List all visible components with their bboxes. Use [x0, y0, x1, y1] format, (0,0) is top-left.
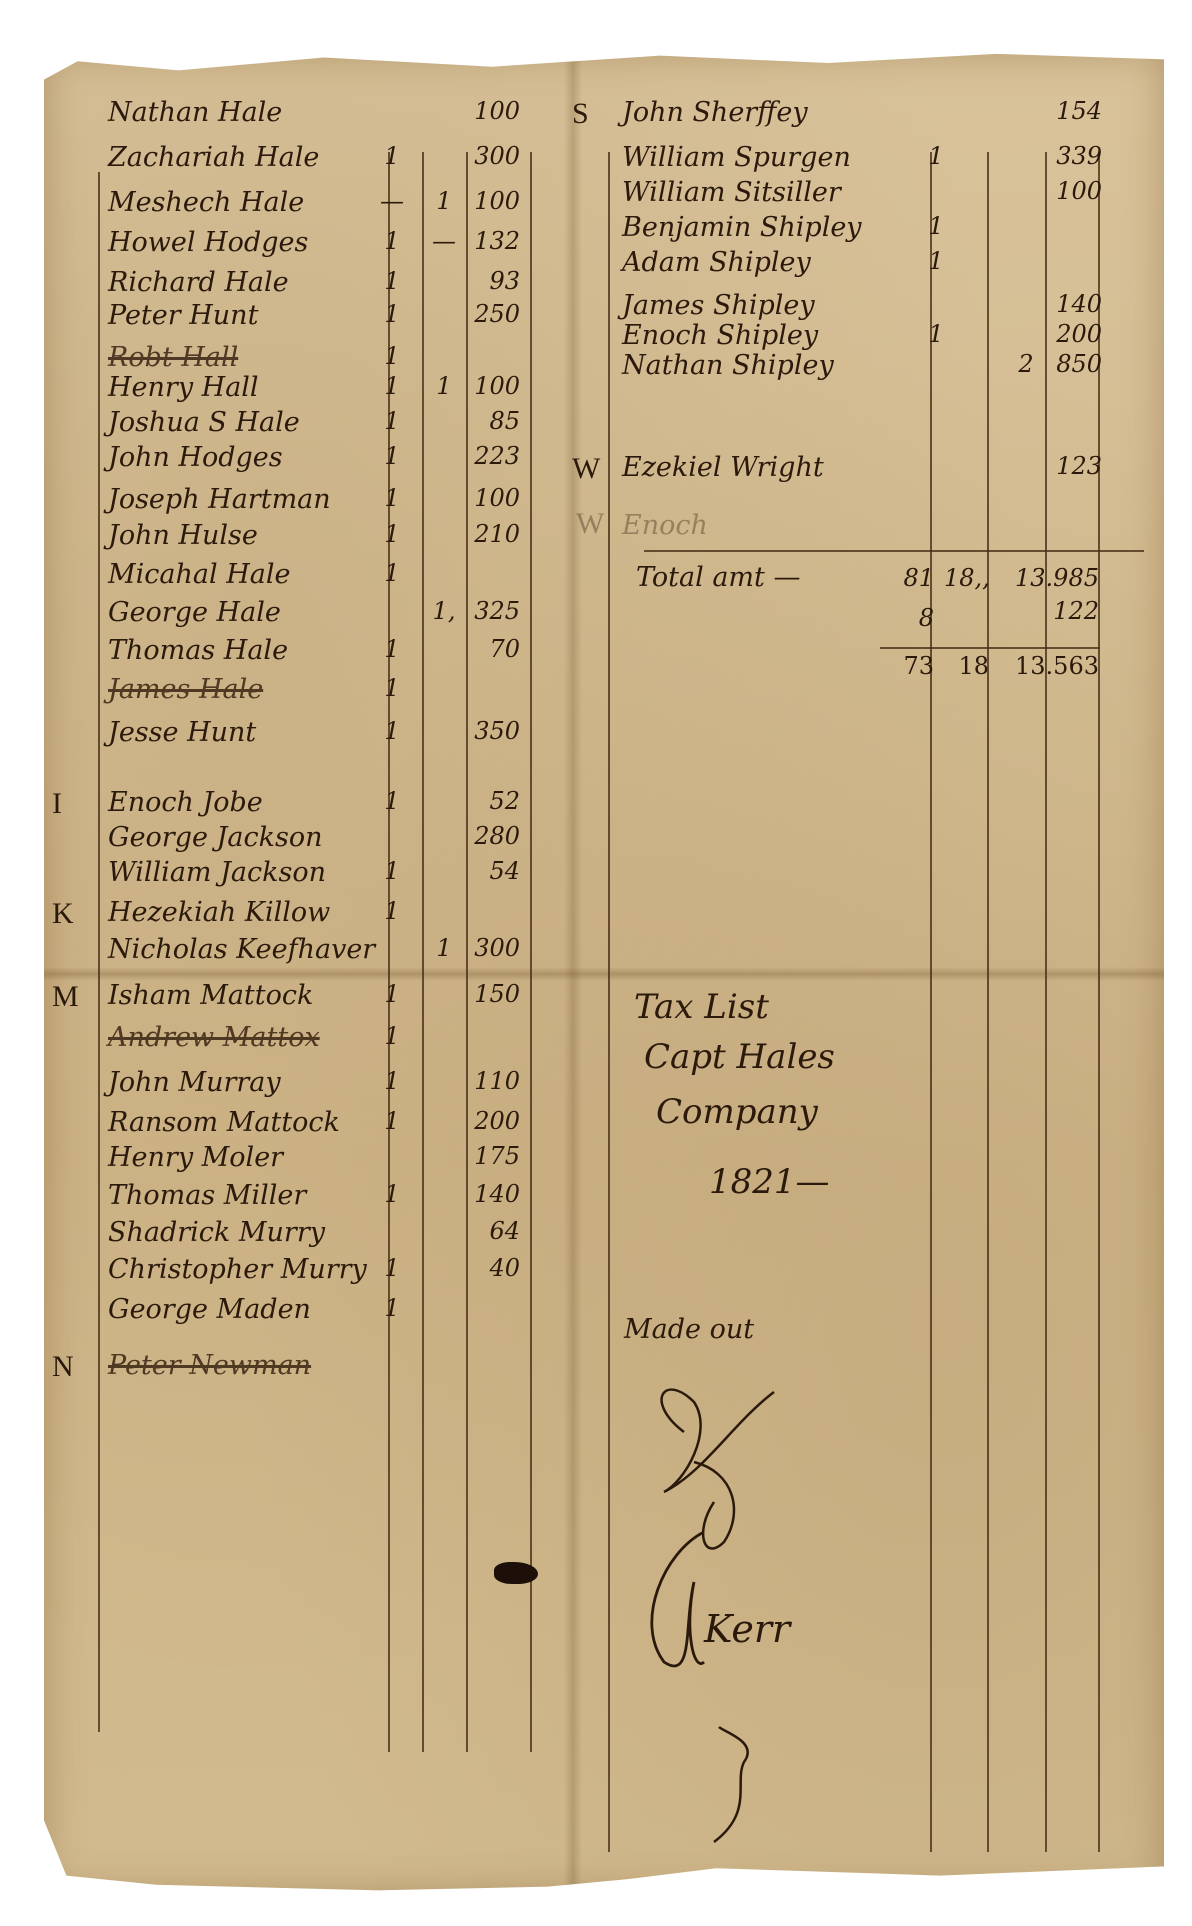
- entry-name: Ransom Mattock: [108, 1107, 340, 1138]
- entry-col1: 1: [380, 484, 404, 512]
- entry-amount: 250: [450, 300, 520, 328]
- entry-name: George Jackson: [108, 822, 322, 853]
- margin-letter: W: [572, 452, 600, 486]
- entry-name: Meshech Hale: [108, 187, 304, 218]
- horizontal-fold: [44, 967, 1164, 981]
- entry-name: Richard Hale: [108, 267, 289, 298]
- entry-name: Joseph Hartman: [108, 484, 331, 515]
- entry-col1: 1: [380, 1180, 404, 1208]
- entry-name: Henry Moler: [108, 1142, 283, 1173]
- entry-col1: 1: [380, 520, 404, 548]
- margin-letter: I: [52, 787, 62, 821]
- entry-name: Henry Hall: [108, 372, 259, 403]
- entry-amount: 100: [450, 187, 520, 215]
- entry-amount: 54: [450, 857, 520, 885]
- entry-col1: 1: [924, 247, 948, 275]
- entry-col1: 1: [380, 635, 404, 663]
- entry-name: Enoch Shipley: [622, 320, 818, 351]
- entry-col1: 1: [380, 1107, 404, 1135]
- entry-name: Nathan Hale: [108, 97, 282, 128]
- entry-name: Nicholas Keefhaver: [108, 934, 375, 965]
- entry-amount: 52: [450, 787, 520, 815]
- entry-name: William Sitsiller: [622, 177, 841, 208]
- entry-name: James Shipley: [622, 290, 815, 321]
- entry-col1: 1: [380, 342, 404, 370]
- entry-amount: 64: [450, 1217, 520, 1245]
- entry-col1: 1: [380, 372, 404, 400]
- faint-margin-letter: W: [576, 507, 604, 541]
- entry-col1: 1: [924, 320, 948, 348]
- entry-amount: 223: [450, 442, 520, 470]
- ledger-sheet: Nathan Hale100Zachariah Hale1300Meshech …: [44, 52, 1164, 1894]
- entry-name: Zachariah Hale: [108, 142, 319, 173]
- entry-name: Isham Mattock: [108, 980, 313, 1011]
- total-col2: 18,,: [944, 564, 989, 592]
- entry-amount: 140: [450, 1180, 520, 1208]
- entry-col1: 1: [380, 1254, 404, 1282]
- result-col1: 73: [890, 652, 934, 680]
- rule-right-col1: [930, 152, 932, 1852]
- entry-amount: 300: [450, 934, 520, 962]
- entry-name: James Hale: [108, 674, 263, 705]
- title-line2: Capt Hales: [644, 1037, 835, 1077]
- entry-col1: 1: [380, 857, 404, 885]
- total-col1: 81: [894, 564, 934, 592]
- entry-name: Nathan Shipley: [622, 350, 834, 381]
- entry-amount: 132: [450, 227, 520, 255]
- entry-amount: 200: [1032, 320, 1102, 348]
- entry-name: Jesse Hunt: [108, 717, 256, 748]
- rule-totals-top: [644, 550, 1144, 552]
- entry-name: Christopher Murry: [108, 1254, 367, 1285]
- entry-name: Peter Hunt: [108, 300, 258, 331]
- rule-right-col2: [987, 152, 989, 1852]
- entry-amount: 140: [1032, 290, 1102, 318]
- entry-amount: 300: [450, 142, 520, 170]
- entry-col1: 1: [380, 1022, 404, 1050]
- entry-amount: 123: [1032, 452, 1102, 480]
- entry-name: Howel Hodges: [108, 227, 308, 258]
- entry-col1: 1: [380, 787, 404, 815]
- entry-amount: 850: [1032, 350, 1102, 378]
- entry-name: George Maden: [108, 1294, 311, 1325]
- entry-col1: 1: [380, 980, 404, 1008]
- entry-col1: 1: [380, 897, 404, 925]
- deduct-col1: 8: [894, 604, 934, 632]
- margin-letter: K: [52, 897, 74, 931]
- entry-name: Thomas Miller: [108, 1180, 306, 1211]
- entry-amount: 150: [450, 980, 520, 1008]
- entry-col1: 1: [380, 442, 404, 470]
- total-col3: 13.985: [999, 564, 1099, 592]
- deduct-col3: 122: [1029, 597, 1099, 625]
- entry-amount: 100: [450, 372, 520, 400]
- entry-name: Adam Shipley: [622, 247, 811, 278]
- entry-amount: 100: [450, 97, 520, 125]
- entry-name: Peter Newman: [108, 1350, 311, 1381]
- entry-amount: 339: [1032, 142, 1102, 170]
- rule-left-margin: [98, 172, 100, 1732]
- entry-col1: 1: [380, 142, 404, 170]
- margin-letter: N: [52, 1350, 74, 1384]
- rule-right-col4: [1098, 152, 1100, 1852]
- entry-col1: —: [380, 187, 404, 215]
- margin-letter: M: [52, 980, 79, 1014]
- entry-col1: 1: [380, 674, 404, 702]
- totals-label: Total amt —: [636, 562, 800, 593]
- entry-amount: 110: [450, 1067, 520, 1095]
- entry-amount: 100: [450, 484, 520, 512]
- entry-amount: 40: [450, 1254, 520, 1282]
- rule-totals-sum: [880, 647, 1100, 649]
- title-year: 1821—: [709, 1162, 830, 1202]
- entry-col1: 1: [380, 559, 404, 587]
- entry-amount: 350: [450, 717, 520, 745]
- entry-amount: 210: [450, 520, 520, 548]
- rule-left-col2: [422, 152, 424, 1752]
- title-line3: Company: [656, 1092, 818, 1132]
- entry-amount: 280: [450, 822, 520, 850]
- entry-amount: 93: [450, 267, 520, 295]
- entry-col1: 1: [380, 717, 404, 745]
- entry-name: John Murray: [108, 1067, 281, 1098]
- entry-name: Robt Hall: [108, 342, 238, 373]
- entry-col1: 1: [924, 212, 948, 240]
- entry-name: Andrew Mattox: [108, 1022, 320, 1053]
- entry-amount: 175: [450, 1142, 520, 1170]
- entry-name: John Hodges: [108, 442, 283, 473]
- entry-name: Shadrick Murry: [108, 1217, 325, 1248]
- entry-name: John Hulse: [108, 520, 258, 551]
- entry-name: John Sherffey: [622, 97, 808, 128]
- entry-amount: 70: [450, 635, 520, 663]
- margin-letter: S: [572, 97, 589, 131]
- signature-name: Kerr: [704, 1607, 790, 1651]
- rule-left-col4: [530, 152, 532, 1752]
- entry-col1: 1: [380, 1067, 404, 1095]
- entry-name: William Jackson: [108, 857, 326, 888]
- rule-right-col3: [1045, 152, 1047, 1852]
- entry-col1: 1: [380, 1294, 404, 1322]
- entry-col1: 1: [380, 300, 404, 328]
- entry-name: Micahal Hale: [108, 559, 290, 590]
- entry-name: Enoch Jobe: [108, 787, 263, 818]
- result-col3: 13.563: [999, 652, 1099, 680]
- made-out-note: Made out: [624, 1314, 754, 1345]
- entry-amount: 100: [1032, 177, 1102, 205]
- entry-amount: 85: [450, 407, 520, 435]
- entry-col1: 1: [380, 267, 404, 295]
- title-line1: Tax List: [634, 987, 769, 1027]
- entry-name: William Spurgen: [622, 142, 851, 173]
- ink-blot: [494, 1562, 538, 1584]
- entry-name: Thomas Hale: [108, 635, 288, 666]
- entry-amount: 154: [1032, 97, 1102, 125]
- entry-name: Benjamin Shipley: [622, 212, 862, 243]
- rule-right-margin: [608, 152, 610, 1852]
- entry-name: Hezekiah Killow: [108, 897, 330, 928]
- result-col2: 18: [949, 652, 989, 680]
- entry-name: Joshua S Hale: [108, 407, 300, 438]
- entry-col1: 1: [924, 142, 948, 170]
- entry-amount: 200: [450, 1107, 520, 1135]
- entry-name: George Hale: [108, 597, 281, 628]
- faint-entry-name: Enoch: [622, 510, 708, 541]
- entry-amount: 325: [450, 597, 520, 625]
- entry-col1: 1: [380, 227, 404, 255]
- entry-col1: 1: [380, 407, 404, 435]
- entry-name: Ezekiel Wright: [622, 452, 824, 483]
